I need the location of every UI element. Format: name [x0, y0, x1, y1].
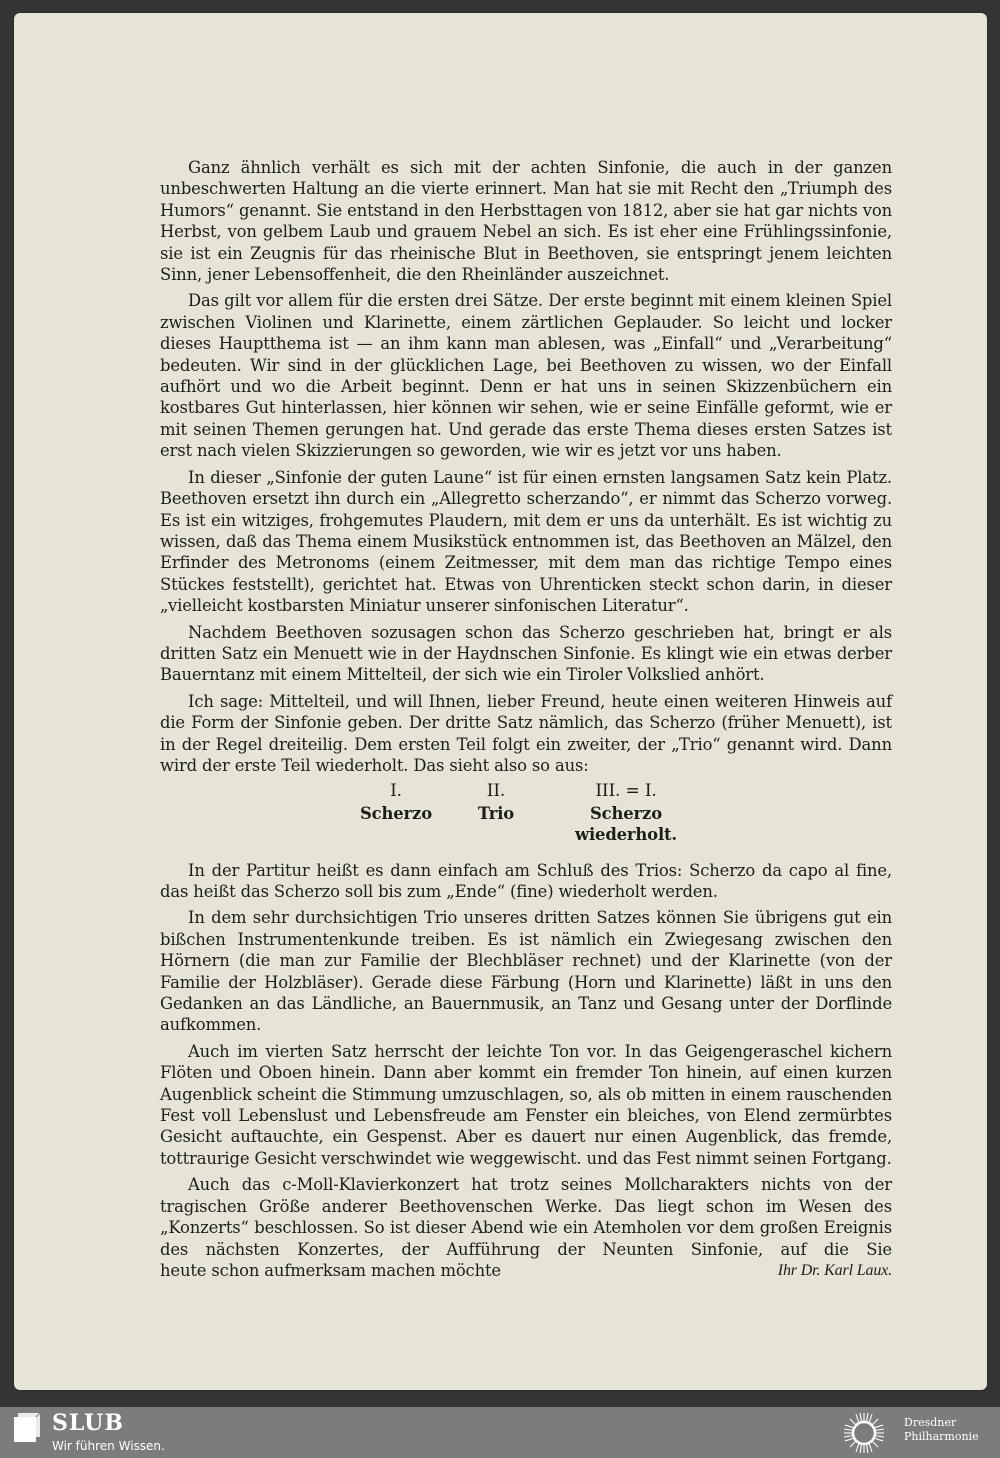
paragraph-3: In dieser „Sinfonie der guten Laune“ ist…: [160, 467, 892, 617]
closing-line: heute schon aufmerksam machen möchte Ihr…: [160, 1260, 892, 1281]
paragraph-8: Auch im vierten Satz herrscht der leicht…: [160, 1041, 892, 1169]
paragraph-1: Ganz ähnlich verhält es sich mit der ach…: [160, 157, 892, 285]
schema-label-1: Scherzo: [341, 803, 451, 846]
philharmonie-name: Dresdner Philharmonie: [904, 1416, 979, 1444]
slub-book-icon: [12, 1412, 42, 1444]
closing-text: heute schon aufmerksam machen möchte: [160, 1260, 501, 1281]
paragraph-5: Ich sage: Mittelteil, und will Ihnen, li…: [160, 691, 892, 777]
schema-labels: Scherzo Trio Scherzo wiederholt.: [160, 803, 892, 846]
philharmonie-name-line2: Philharmonie: [904, 1430, 979, 1444]
schema-label-2: Trio: [451, 803, 541, 846]
schema-numeral-2: II.: [451, 781, 541, 802]
scanned-page: Ganz ähnlich verhält es sich mit der ach…: [14, 13, 987, 1390]
paragraph-6: In der Partitur heißt es dann einfach am…: [160, 860, 892, 903]
philharmonie-sunburst-icon: [842, 1411, 886, 1455]
slub-tagline: Wir führen Wissen.: [52, 1438, 165, 1454]
schema-numerals: I. II. III. = I.: [160, 781, 892, 802]
schema-numeral-1: I.: [341, 781, 451, 802]
signature: Ihr Dr. Karl Laux.: [778, 1260, 892, 1281]
paragraph-4: Nachdem Beethoven sozusagen schon das Sc…: [160, 622, 892, 686]
schema-numeral-3: III. = I.: [541, 781, 711, 802]
philharmonie-name-line1: Dresdner: [904, 1416, 979, 1430]
paragraph-7: In dem sehr durchsichtigen Trio unseres …: [160, 907, 892, 1035]
scherzo-form-schema: I. II. III. = I. Scherzo Trio Scherzo wi…: [160, 781, 892, 845]
letter-body: Ganz ähnlich verhält es sich mit der ach…: [160, 157, 892, 1281]
paragraph-9: Auch das c-Moll-Klavierkonzert hat trotz…: [160, 1174, 892, 1260]
footer-bar: SLUB Wir führen Wissen.: [0, 1407, 1000, 1458]
paragraph-2: Das gilt vor allem für die ersten drei S…: [160, 290, 892, 461]
slub-title: SLUB: [52, 1410, 124, 1436]
schema-label-3: Scherzo wiederholt.: [541, 803, 711, 846]
